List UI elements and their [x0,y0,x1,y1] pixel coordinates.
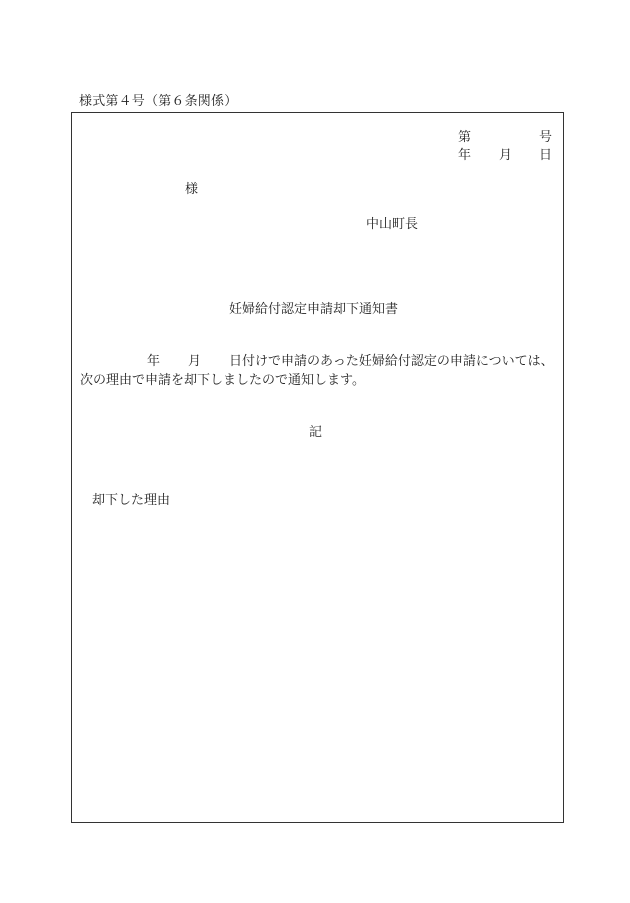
date-day-label: 日 [539,149,552,162]
body-month-label: 月 [188,354,201,369]
date-month-label: 月 [499,149,512,162]
document-title: 妊婦給付認定申請却下通知書 [229,303,398,316]
date-year-label: 年 [458,149,471,162]
doc-number-suffix: 号 [539,131,552,144]
body-line-1-text: 日付けで申請のあった妊婦給付認定の申請については、 [229,354,554,369]
body-paragraph-line-2: 次の理由で申請を却下しましたので通知します。 [80,374,365,387]
sender-name: 中山町長 [366,218,418,231]
addressee-honorific: 様 [185,183,198,196]
doc-number-prefix: 第 [458,131,471,144]
body-year-label: 年 [147,354,160,369]
ki-heading: 記 [309,426,322,439]
form-number-label: 様式第４号（第６条関係） [79,95,237,108]
rejection-reason-label: 却下した理由 [92,494,170,507]
document-frame [71,112,564,823]
body-paragraph-line-1: 年月日付けで申請のあった妊婦給付認定の申請については、 [80,355,554,368]
